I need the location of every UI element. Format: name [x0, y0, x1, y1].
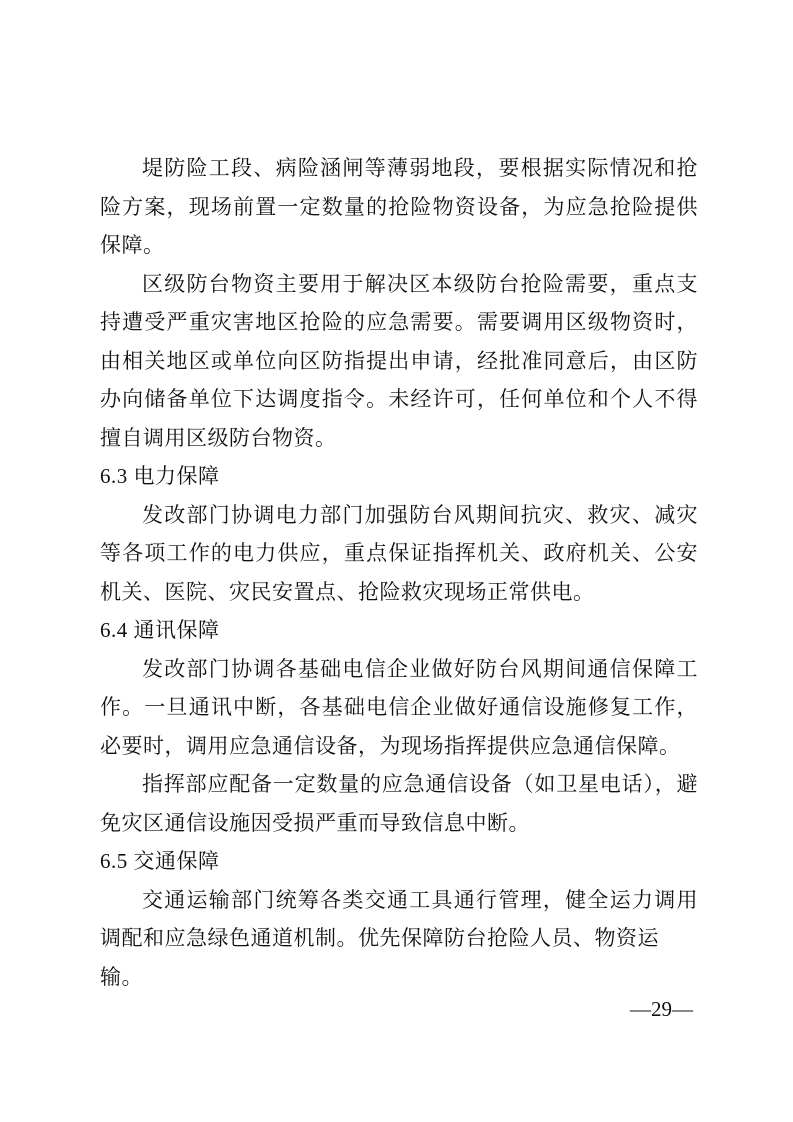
text-line: 由相关地区或单位向区防指提出申请，经批准同意后，由区防 — [100, 342, 698, 381]
text-line: 机关、医院、灾民安置点、抢险救灾现场正常供电。 — [100, 573, 698, 612]
section-heading-6-5: 6.5 交通保障 — [100, 842, 698, 881]
text-line: 发改部门协调各基础电信企业做好防台风期间通信保障工 — [100, 650, 698, 689]
text-line: 调配和应急绿色通道机制。优先保障防台抢险人员、物资运输。 — [100, 919, 698, 958]
text-line: 险方案，现场前置一定数量的抢险物资设备，为应急抢险提供 — [100, 188, 698, 227]
text-line: 办向储备单位下达调度指令。未经许可，任何单位和个人不得 — [100, 380, 698, 419]
text-line: 等各项工作的电力供应，重点保证指挥机关、政府机关、公安 — [100, 534, 698, 573]
section-heading-6-4: 6.4 通讯保障 — [100, 611, 698, 650]
text-line: 发改部门协调电力部门加强防台风期间抗灾、救灾、减灾 — [100, 496, 698, 535]
text-line: 作。一旦通讯中断，各基础电信企业做好通信设施修复工作， — [100, 688, 698, 727]
text-line: 指挥部应配备一定数量的应急通信设备（如卫星电话），避 — [100, 765, 698, 804]
document-body: 堤防险工段、病险涵闸等薄弱地段，要根据实际情况和抢 险方案，现场前置一定数量的抢… — [100, 149, 698, 958]
page-number: —29— — [0, 995, 693, 1023]
text-line: 免灾区通信设施因受损严重而导致信息中断。 — [100, 804, 698, 843]
text-line: 擅自调用区级防台物资。 — [100, 419, 698, 458]
text-line: 交通运输部门统筹各类交通工具通行管理，健全运力调用 — [100, 881, 698, 920]
text-line: 必要时，调用应急通信设备，为现场指挥提供应急通信保障。 — [100, 727, 698, 766]
document-page: 堤防险工段、病险涵闸等薄弱地段，要根据实际情况和抢 险方案，现场前置一定数量的抢… — [0, 0, 793, 1122]
text-line: 堤防险工段、病险涵闸等薄弱地段，要根据实际情况和抢 — [100, 149, 698, 188]
text-line: 持遭受严重灾害地区抢险的应急需要。需要调用区级物资时， — [100, 303, 698, 342]
section-heading-6-3: 6.3 电力保障 — [100, 457, 698, 496]
text-line: 区级防台物资主要用于解决区本级防台抢险需要，重点支 — [100, 265, 698, 304]
text-line: 保障。 — [100, 226, 698, 265]
